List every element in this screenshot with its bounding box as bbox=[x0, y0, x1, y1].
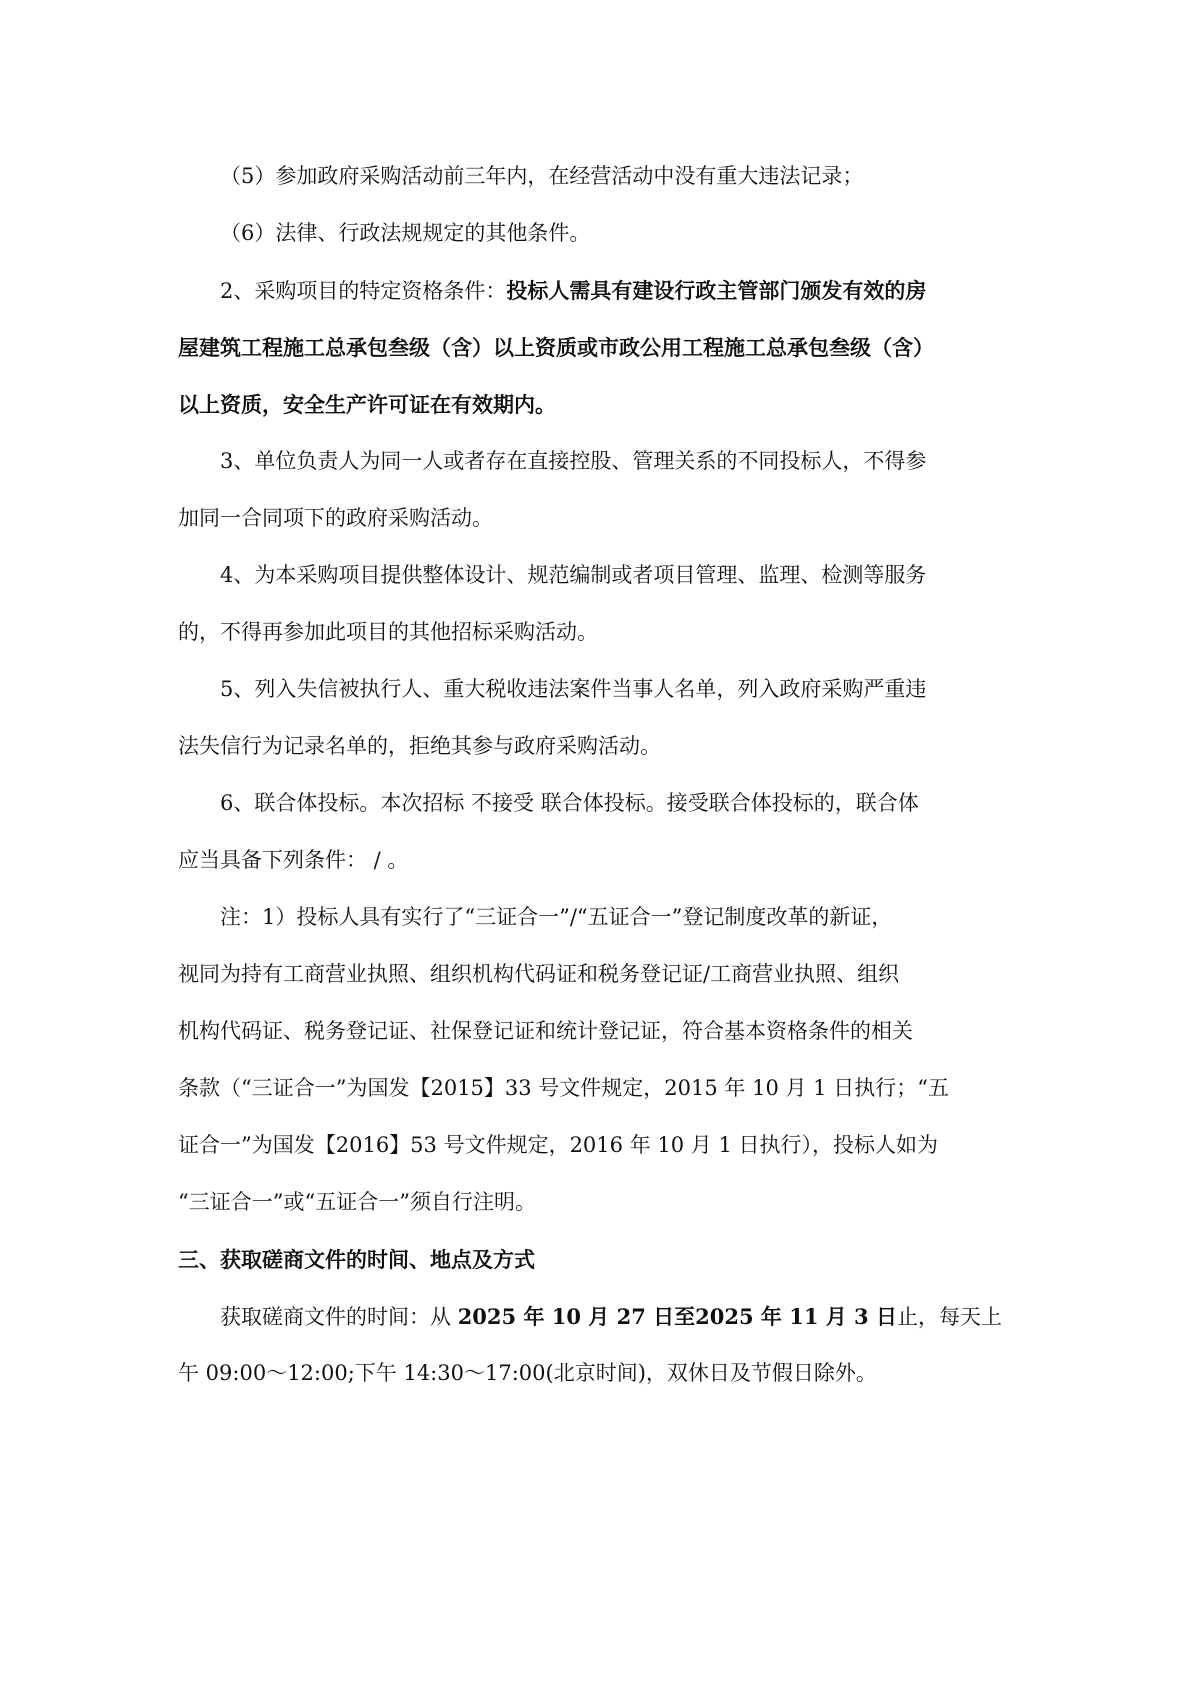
special-qualification-line2: 屋建筑工程施工总承包叁级（含）以上资质或市政公用工程施工总承包叁级（含） bbox=[178, 319, 1012, 376]
section-3-heading: 三、获取磋商文件的时间、地点及方式 bbox=[178, 1231, 1012, 1288]
note-line4: 条款（“三证合一”为国发【2015】33 号文件规定，2015 年 10 月 1… bbox=[178, 1060, 1012, 1117]
note-line1: 注：1）投标人具有实行了“三证合一”/“五证合一”登记制度改革的新证， bbox=[178, 889, 1012, 946]
clause-4-line2: 的，不得再参加此项目的其他招标采购活动。 bbox=[178, 604, 1012, 661]
start-date: 2025 年 10 月 27 日 bbox=[458, 1304, 674, 1329]
note-line6: “三证合一”或“五证合一”须自行注明。 bbox=[178, 1174, 1012, 1231]
acquisition-time-line2: 午 09:00～12:00;下午 14:30～17:00(北京时间)，双休日及节… bbox=[178, 1345, 1012, 1402]
special-qualification-line3: 以上资质，安全生产许可证在有效期内。 bbox=[178, 376, 1012, 433]
special-qualification-label: 2、采购项目的特定资格条件： bbox=[220, 279, 506, 303]
clause-5-line2: 法失信行为记录名单的，拒绝其参与政府采购活动。 bbox=[178, 718, 1012, 775]
note-line5: 证合一”为国发【2016】53 号文件规定，2016 年 10 月 1 日执行）… bbox=[178, 1117, 1012, 1174]
clause-5-line1: 5、列入失信被执行人、重大税收违法案件当事人名单，列入政府采购严重违 bbox=[178, 661, 1012, 718]
acquisition-time-suffix: 止，每天上 bbox=[897, 1305, 1002, 1329]
document-page: （5）参加政府采购活动前三年内，在经营活动中没有重大违法记录； （6）法律、行政… bbox=[178, 148, 1012, 1402]
note-line3: 机构代码证、税务登记证、社保登记证和统计登记证，符合基本资格条件的相关 bbox=[178, 1003, 1012, 1060]
clause-6-line2: 应当具备下列条件： / 。 bbox=[178, 832, 1012, 889]
acquisition-time-line1: 获取磋商文件的时间：从 2025 年 10 月 27 日至2025 年 11 月… bbox=[178, 1288, 1012, 1345]
acquisition-time-label: 获取磋商文件的时间：从 bbox=[220, 1305, 458, 1329]
special-qualification-requirement: 投标人需具有建设行政主管部门颁发有效的房 bbox=[506, 278, 926, 303]
special-qualification-line1: 2、采购项目的特定资格条件：投标人需具有建设行政主管部门颁发有效的房 bbox=[178, 262, 1012, 319]
clause-6-line1: 6、联合体投标。本次招标 不接受 联合体投标。接受联合体投标的，联合体 bbox=[178, 775, 1012, 832]
clause-3-line1: 3、单位负责人为同一人或者存在直接控股、管理关系的不同投标人，不得参 bbox=[178, 433, 1012, 490]
basic-condition-6: （6）法律、行政法规规定的其他条件。 bbox=[178, 205, 1012, 262]
clause-4-line1: 4、为本采购项目提供整体设计、规范编制或者项目管理、监理、检测等服务 bbox=[178, 547, 1012, 604]
clause-3-line2: 加同一合同项下的政府采购活动。 bbox=[178, 490, 1012, 547]
basic-condition-5: （5）参加政府采购活动前三年内，在经营活动中没有重大违法记录； bbox=[178, 148, 1012, 205]
note-line2: 视同为持有工商营业执照、组织机构代码证和税务登记证/工商营业执照、组织 bbox=[178, 946, 1012, 1003]
end-date: 2025 年 11 月 3 日 bbox=[695, 1304, 897, 1329]
date-range-separator: 至 bbox=[674, 1304, 695, 1329]
